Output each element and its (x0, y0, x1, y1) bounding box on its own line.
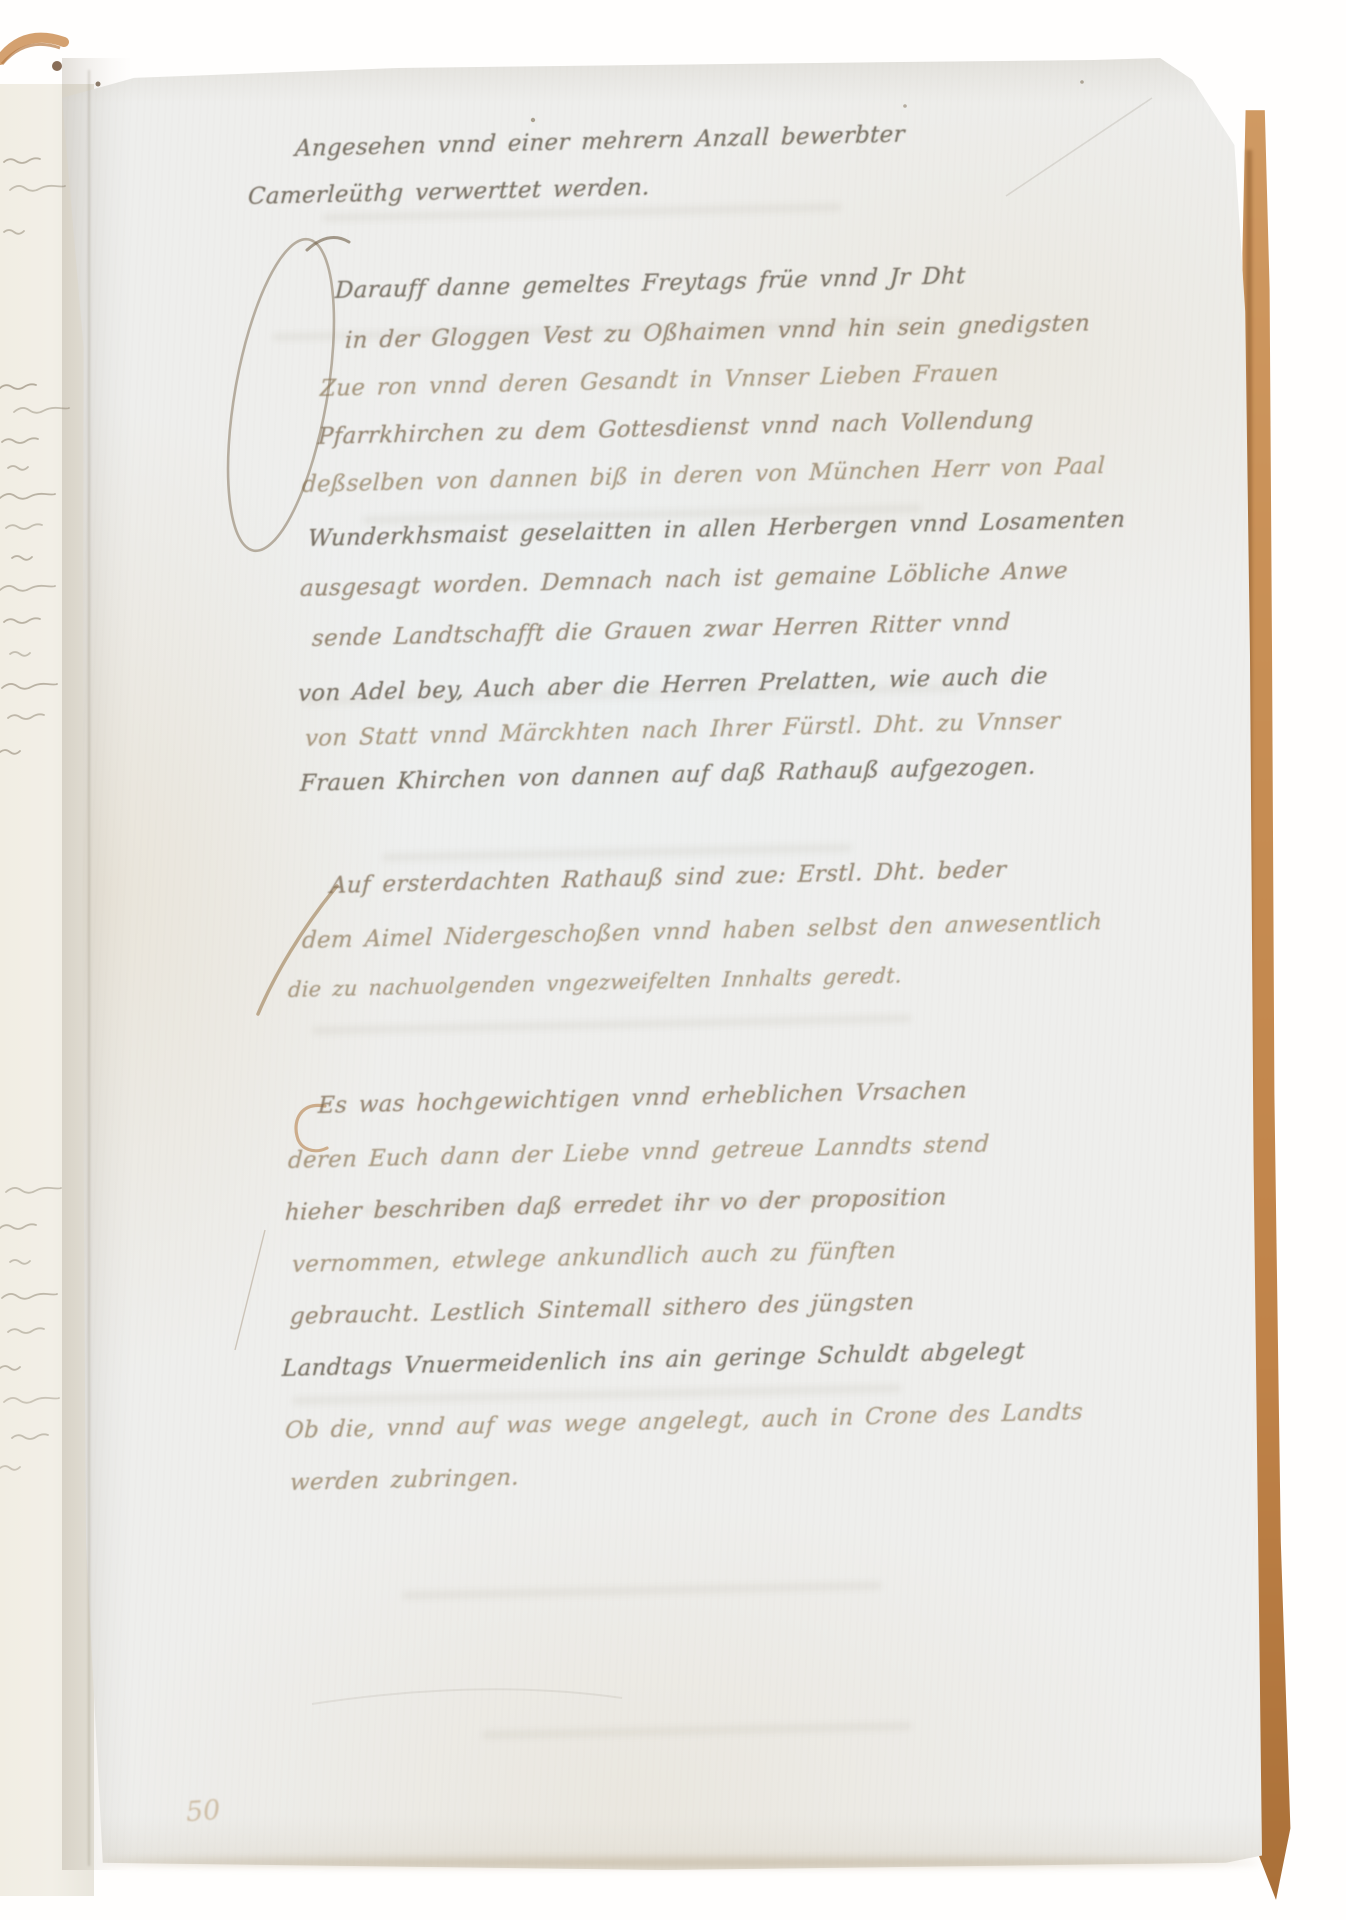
manuscript-photo: Angesehen vnnd einer mehrern Anzall bewe… (0, 0, 1346, 1920)
folio-number: 50 (185, 1795, 221, 1828)
handwritten-line: werden zubringen. (289, 1465, 519, 1496)
manuscript-page: Angesehen vnnd einer mehrern Anzall bewe… (62, 58, 1262, 1870)
binding-edge (0, 0, 160, 120)
gutter-crease (88, 70, 90, 1866)
page-bottom-shadow (100, 1858, 1260, 1867)
